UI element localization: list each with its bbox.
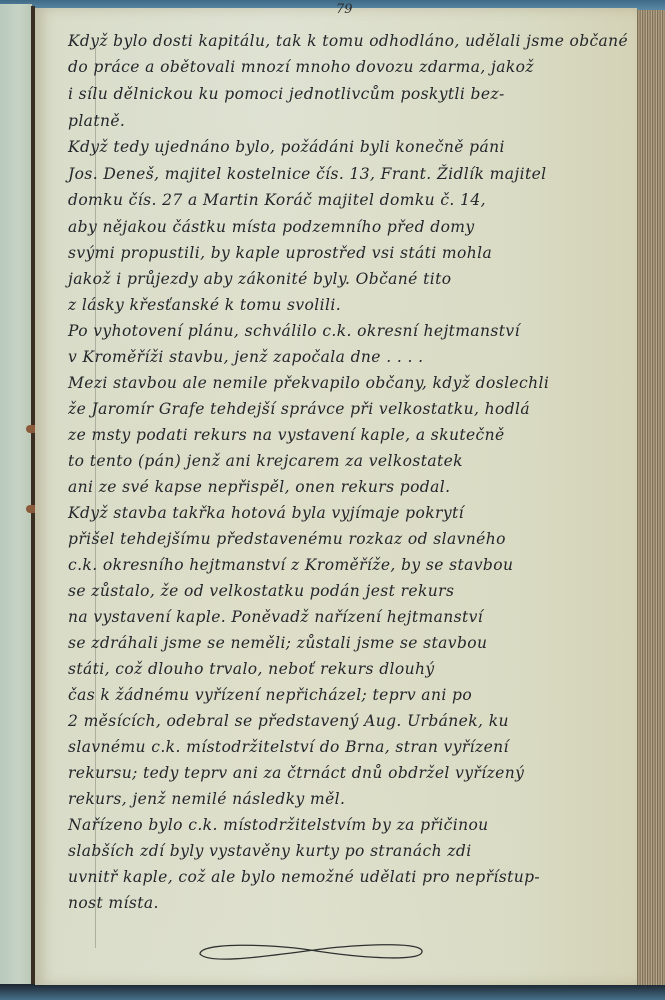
facing-page-edge <box>0 4 32 984</box>
text-line: slavnému c.k. místodržitelství do Brna, … <box>68 738 628 756</box>
text-line: že Jaromír Grafe tehdejší správce při ve… <box>68 400 628 418</box>
text-line: to tento (pán) jenž ani krejcarem za vel… <box>68 452 628 470</box>
text-line: svými propustili, by kaple uprostřed vsi… <box>68 244 628 262</box>
text-line: státi, což dlouho trvalo, neboť rekurs d… <box>68 660 628 678</box>
text-line: se zdráhali jsme se neměli; zůstali jsme… <box>68 634 628 652</box>
decorative-flourish-icon <box>190 938 430 968</box>
text-line: do práce a obětovali mnozí mnoho dovozu … <box>68 58 628 76</box>
page-number: 79 <box>336 2 353 17</box>
text-line: Když tedy ujednáno bylo, požádáni byli k… <box>68 138 628 156</box>
text-line: přišel tehdejšímu představenému rozkaz o… <box>68 530 628 548</box>
text-line: i sílu dělnickou ku pomoci jednotlivcům … <box>68 85 628 103</box>
text-line: platně. <box>68 112 628 130</box>
text-line: z lásky křesťanské k tomu svolili. <box>68 296 628 314</box>
text-line: rekurs, jenž nemilé následky měl. <box>68 790 628 808</box>
page-stack-edges <box>637 10 665 985</box>
text-line: 2 měsících, odebral se představený Aug. … <box>68 712 628 730</box>
text-line: Jos. Deneš, majitel kostelnice čís. 13, … <box>68 165 628 183</box>
text-line: slabších zdí byly vystavěny kurty po str… <box>68 842 628 860</box>
text-line: čas k žádnému vyřízení nepřicházel; tepr… <box>68 686 628 704</box>
text-line: uvnitř kaple, což ale bylo nemožné uděla… <box>68 868 628 886</box>
margin-rule <box>95 48 96 948</box>
backdrop-bottom <box>0 984 665 1000</box>
text-line: aby nějakou částku místa podzemního před… <box>68 218 628 236</box>
text-line: domku čís. 27 a Martin Koráč majitel dom… <box>68 191 628 209</box>
text-line: rekursu; tedy teprv ani za čtrnáct dnů o… <box>68 764 628 782</box>
text-line: ze msty podati rekurs na vystavení kaple… <box>68 426 628 444</box>
text-line: ani ze své kapse nepřispěl, onen rekurs … <box>68 478 628 496</box>
text-line: nost místa. <box>68 894 628 912</box>
text-line: Když bylo dosti kapitálu, tak k tomu odh… <box>68 32 626 50</box>
text-line: se zůstalo, že od velkostatku podán jest… <box>68 582 628 600</box>
text-line: Po vyhotovení plánu, schválilo c.k. okre… <box>68 322 628 340</box>
text-line: jakož i průjezdy aby zákonité byly. Obča… <box>68 270 628 288</box>
text-line: v Kroměříži stavbu, jenž započala dne . … <box>68 348 628 366</box>
text-line: Mezi stavbou ale nemile překvapilo občan… <box>68 374 628 392</box>
text-line: Když stavba takřka hotová byla vyjímaje … <box>68 504 628 522</box>
text-line: Nařízeno bylo c.k. místodržitelstvím by … <box>68 816 628 834</box>
text-line: c.k. okresního hejtmanství z Kroměříže, … <box>68 556 628 574</box>
text-line: na vystavení kaple. Poněvadž nařízení he… <box>68 608 628 626</box>
